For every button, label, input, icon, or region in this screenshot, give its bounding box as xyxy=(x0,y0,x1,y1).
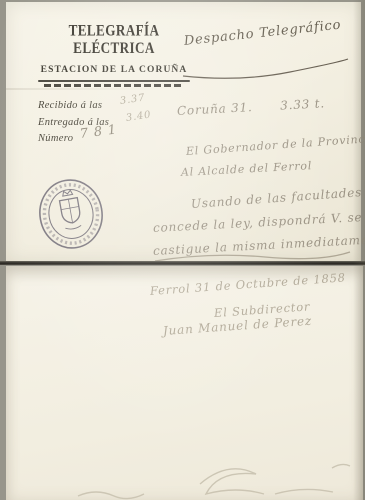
cut-off-handwriting-flourish xyxy=(70,450,360,500)
letterhead-rule xyxy=(38,80,190,82)
letterhead-ornament-rule xyxy=(44,84,184,87)
official-seal-stamp xyxy=(36,176,106,252)
letterhead-title: TELEGRAFÍA ELÉCTRICA xyxy=(35,23,193,58)
letterhead: TELEGRAFÍA ELÉCTRICA ESTACION DE LA CORU… xyxy=(30,25,198,87)
field-label-recibido: Recibido á las xyxy=(38,100,102,111)
scanned-telegram-document: TELEGRAFÍA ELÉCTRICA ESTACION DE LA CORU… xyxy=(0,0,365,500)
field-label-numero: Número xyxy=(38,133,73,144)
sheet-edge-line xyxy=(0,261,365,265)
letterhead-subtitle: ESTACION DE LA CORUÑA xyxy=(30,65,198,75)
scan-edge-shadow xyxy=(353,0,365,500)
paper-crease xyxy=(6,88,166,90)
annotation-underline-flourish xyxy=(180,52,352,82)
